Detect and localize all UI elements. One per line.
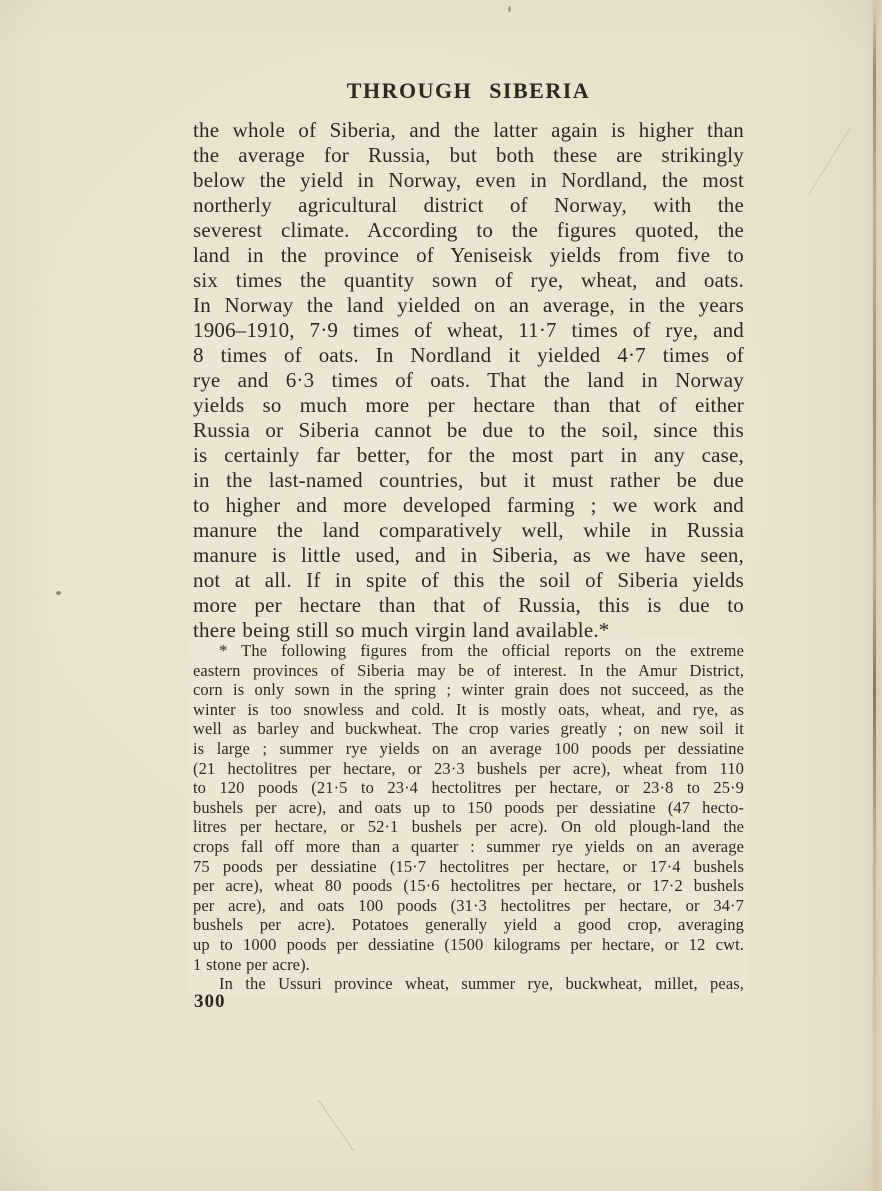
- body-text-line: yields so much more per hectare than tha…: [193, 393, 744, 418]
- body-text-line: in the last-named countries, but it must…: [193, 468, 744, 493]
- body-text-line: rye and 6·3 times of oats. That the land…: [193, 368, 744, 393]
- footnote-line: bushels per acre). Potatoes generally yi…: [193, 915, 744, 935]
- body-text-block: the whole of Siberia, and the latter aga…: [193, 118, 744, 643]
- body-text-line: manure is little used, and in Siberia, a…: [193, 543, 744, 568]
- footnote-line: eastern provinces of Siberia may be of i…: [193, 661, 744, 681]
- paper-blemish: [508, 6, 511, 12]
- footnote-line: bushels per acre), and oats up to 150 po…: [193, 798, 744, 818]
- footnote-line: corn is only sown in the spring ; winter…: [193, 680, 744, 700]
- paper-scratch-right: [808, 126, 851, 194]
- footnote-line: per acre), wheat 80 poods (15·6 hectolit…: [193, 876, 744, 896]
- footnote-block: * The following figures from the officia…: [193, 641, 744, 994]
- footnote-line: * The following figures from the officia…: [193, 641, 744, 661]
- footnote-line: (21 hectolitres per hectare, or 23·3 bus…: [193, 759, 744, 779]
- ink-speck: [56, 591, 61, 595]
- footnote-line: per acre), and oats 100 poods (31·3 hect…: [193, 896, 744, 916]
- footnote-line: to 120 poods (21·5 to 23·4 hectolitres p…: [193, 778, 744, 798]
- body-text-line: land in the province of Yeniseisk yields…: [193, 243, 744, 268]
- footnote-line: well as barley and buckwheat. The crop v…: [193, 719, 744, 739]
- footnote-line: winter is too snowless and cold. It is m…: [193, 700, 744, 720]
- body-text-line: severest climate. According to the figur…: [193, 218, 744, 243]
- page-number: 300: [194, 991, 226, 1013]
- footnote-line: up to 1000 poods per dessiatine (1500 ki…: [193, 935, 744, 955]
- footnote-line: 75 poods per dessiatine (15·7 hectolitre…: [193, 857, 744, 877]
- body-text-line: six times the quantity sown of rye, whea…: [193, 268, 744, 293]
- body-text-line: 1906–1910, 7·9 times of wheat, 11·7 time…: [193, 318, 744, 343]
- body-text-line: 8 times of oats. In Nordland it yielded …: [193, 343, 744, 368]
- footnote-line: crops fall off more than a quarter : sum…: [193, 837, 744, 857]
- body-text-line: the average for Russia, but both these a…: [193, 143, 744, 168]
- body-text-line: manure the land comparatively well, whil…: [193, 518, 744, 543]
- footnote-line: In the Ussuri province wheat, summer rye…: [193, 974, 744, 994]
- body-text-line: the whole of Siberia, and the latter aga…: [193, 118, 744, 143]
- running-head-title: THROUGH SIBERIA: [193, 79, 744, 103]
- body-text-line: Russia or Siberia cannot be due to the s…: [193, 418, 744, 443]
- page-edge-shadow: [873, 0, 876, 1191]
- paper-scratch-bottom: [318, 1100, 354, 1151]
- footnote-line: is large ; summer rye yields on an avera…: [193, 739, 744, 759]
- body-text-line: not at all. If in spite of this the soil…: [193, 568, 744, 593]
- footnote-line: litres per hectare, or 52·1 bushels per …: [193, 817, 744, 837]
- footnote-line: 1 stone per acre).: [193, 955, 744, 975]
- body-text-line: there being still so much virgin land av…: [193, 618, 744, 643]
- book-page: THROUGH SIBERIA the whole of Siberia, an…: [0, 0, 882, 1191]
- body-text-line: In Norway the land yielded on an average…: [193, 293, 744, 318]
- body-text-line: more per hectare than that of Russia, th…: [193, 593, 744, 618]
- body-text-line: is certainly far better, for the most pa…: [193, 443, 744, 468]
- body-text-line: below the yield in Norway, even in Nordl…: [193, 168, 744, 193]
- body-text-line: northerly agricultural district of Norwa…: [193, 193, 744, 218]
- body-text-line: to higher and more developed farming ; w…: [193, 493, 744, 518]
